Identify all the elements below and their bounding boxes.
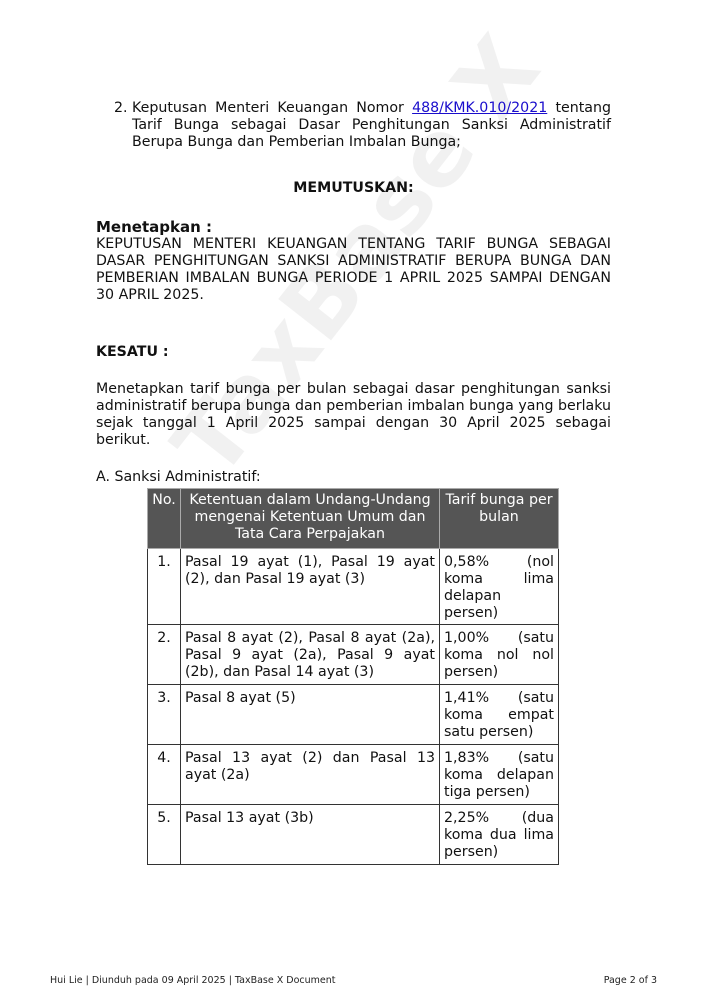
subsection-title: A. Sanksi Administratif: (96, 469, 611, 486)
table-row: 3. Pasal 8 ayat (5) 1,41% (satu koma emp… (148, 685, 559, 745)
menetapkan-label: Menetapkan : (96, 219, 611, 236)
cell-no: 4. (148, 745, 181, 805)
table-row: 5. Pasal 13 ayat (3b) 2,25% (dua koma du… (148, 805, 559, 865)
document-body: 2. Keputusan Menteri Keuangan Nomor 488/… (96, 100, 611, 486)
cell-ketentuan: Pasal 13 ayat (3b) (181, 805, 440, 865)
reference-list-item: 2. Keputusan Menteri Keuangan Nomor 488/… (96, 100, 611, 151)
regulation-link[interactable]: 488/KMK.010/2021 (412, 100, 547, 116)
list-number: 2. (114, 100, 128, 117)
table-row: 1. Pasal 19 ayat (1), Pasal 19 ayat (2),… (148, 549, 559, 625)
cell-no: 3. (148, 685, 181, 745)
page-number: Page 2 of 3 (604, 972, 657, 989)
kesatu-label: KESATU : (96, 344, 611, 361)
footer-download-info: Hui Lie | Diunduh pada 09 April 2025 | T… (50, 972, 335, 989)
reference-text-start: Keputusan Menteri Keuangan Nomor (132, 100, 412, 116)
cell-ketentuan: Pasal 8 ayat (2), Pasal 8 ayat (2a), Pas… (181, 625, 440, 685)
header-ketentuan: Ketentuan dalam Undang-Undang mengenai K… (181, 489, 440, 549)
header-no: No. (148, 489, 181, 549)
cell-ketentuan: Pasal 8 ayat (5) (181, 685, 440, 745)
cell-tarif: 0,58% (nol koma lima delapan persen) (440, 549, 559, 625)
kesatu-text: Menetapkan tarif bunga per bulan sebagai… (96, 381, 611, 449)
cell-no: 1. (148, 549, 181, 625)
cell-ketentuan: Pasal 13 ayat (2) dan Pasal 13 ayat (2a) (181, 745, 440, 805)
decision-heading: MEMUTUSKAN: (96, 180, 611, 197)
table-row: 4. Pasal 13 ayat (2) dan Pasal 13 ayat (… (148, 745, 559, 805)
cell-tarif: 1,00% (satu koma nol nol persen) (440, 625, 559, 685)
table-header-row: No. Ketentuan dalam Undang-Undang mengen… (148, 489, 559, 549)
interest-rate-table: No. Ketentuan dalam Undang-Undang mengen… (147, 488, 559, 865)
cell-tarif: 1,83% (satu koma delapan tiga persen) (440, 745, 559, 805)
cell-ketentuan: Pasal 19 ayat (1), Pasal 19 ayat (2), da… (181, 549, 440, 625)
cell-tarif: 2,25% (dua koma dua lima persen) (440, 805, 559, 865)
cell-tarif: 1,41% (satu koma empat satu persen) (440, 685, 559, 745)
cell-no: 5. (148, 805, 181, 865)
header-tarif: Tarif bunga per bulan (440, 489, 559, 549)
cell-no: 2. (148, 625, 181, 685)
table-row: 2. Pasal 8 ayat (2), Pasal 8 ayat (2a), … (148, 625, 559, 685)
menetapkan-text: KEPUTUSAN MENTERI KEUANGAN TENTANG TARIF… (96, 236, 611, 304)
